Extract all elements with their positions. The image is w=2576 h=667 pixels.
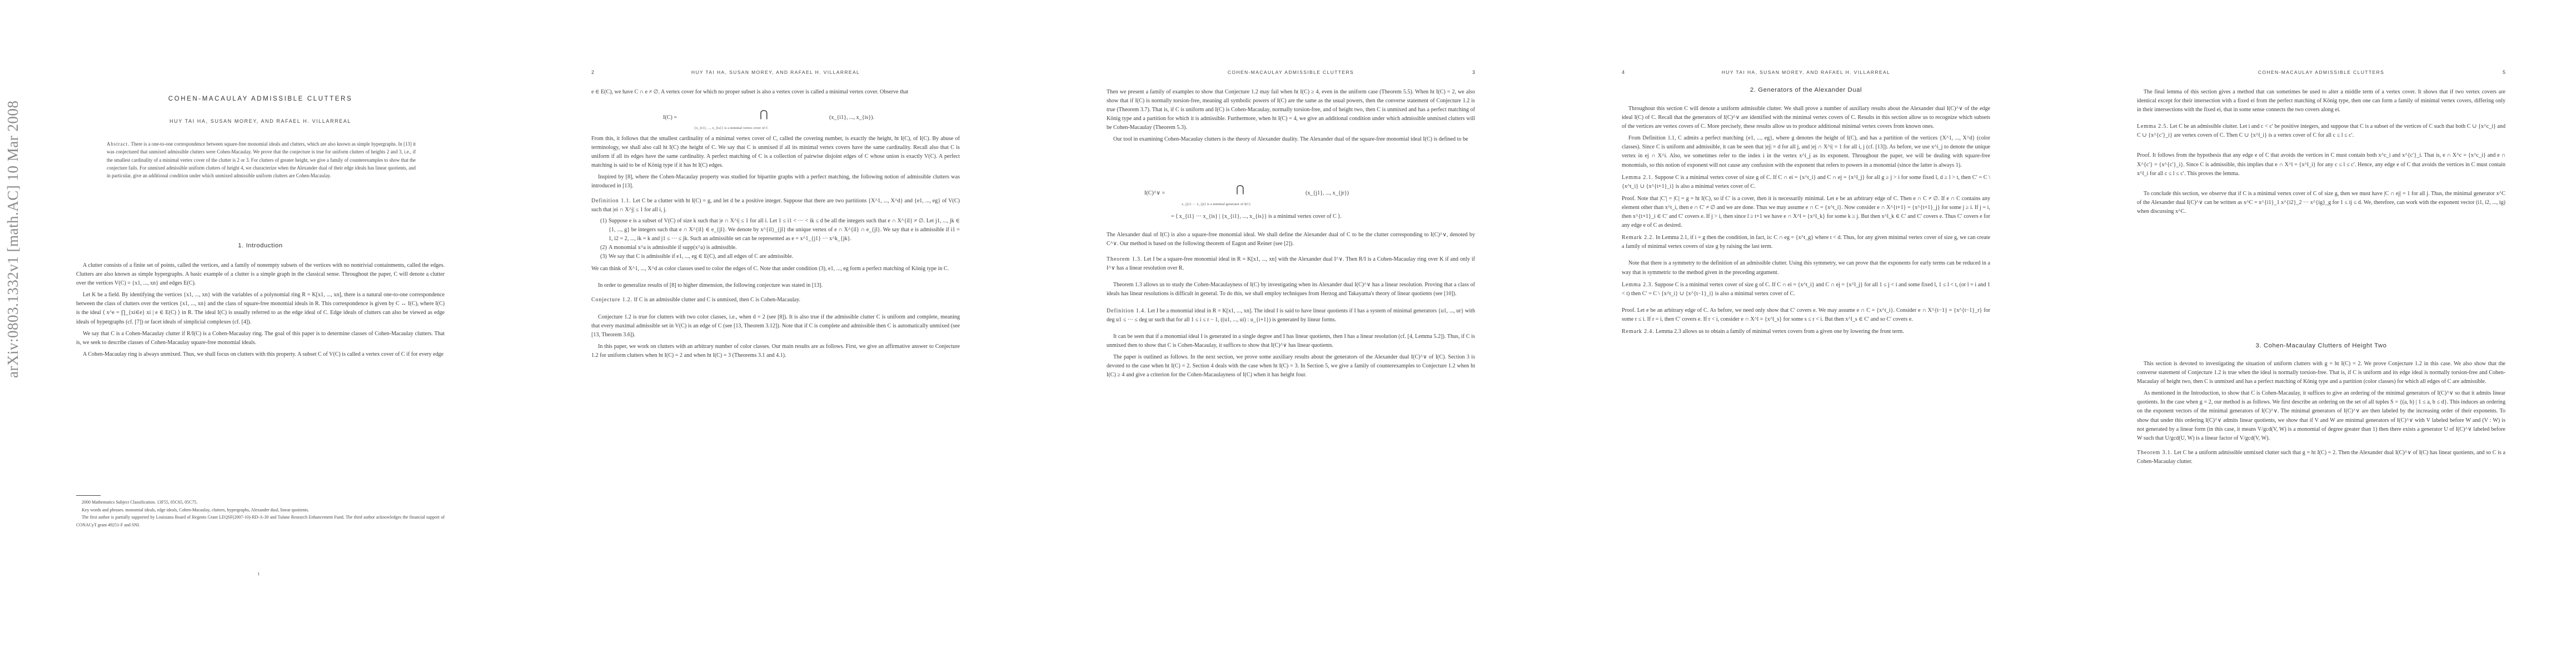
intersection-symbol: ⋂	[1236, 183, 1244, 195]
remark-2-2: Remark 2.2. In Lemma 2.1, if i = g then …	[1622, 233, 1990, 251]
page-4: 4 HUY TAI HA, SUSAN MOREY, AND RAFAEL H.…	[1546, 0, 2061, 667]
list-item: (2) A monomial x^a is admissible if supp…	[600, 243, 960, 252]
paragraph: Let K be a field. By identifying the ver…	[76, 291, 445, 326]
running-head: COHEN-MACAULAY ADMISSIBLE CLUTTERS 5	[2137, 69, 2505, 77]
page-4-body: Throughout this section C will denote a …	[1622, 104, 1990, 336]
lemma-2-1: Lemma 2.1. Suppose C is a minimal vertex…	[1622, 173, 1990, 191]
definition-1-4: Definition 1.4. Let I be a monomial idea…	[1107, 307, 1475, 325]
page-5-body-2: This section is devoted to investigating…	[2137, 360, 2505, 466]
paragraph: We say that C is a Cohen-Macaulay clutte…	[76, 330, 445, 347]
equation-under: x_{j1} ··· x_{jr} is a minimal generator…	[1182, 202, 1250, 206]
paragraph: A clutter consists of a finite set of po…	[76, 261, 445, 288]
definition-label: Definition 1.1.	[591, 198, 631, 204]
paragraph: The Alexander dual of I(C) is also a squ…	[1107, 231, 1475, 248]
paragraph: From this, it follows that the smallest …	[591, 135, 960, 170]
footnote-funding: The first author is partially supported …	[76, 514, 445, 529]
page-3-body: The Alexander dual of I(C) is also a squ…	[1107, 231, 1475, 380]
paragraph: Inspired by [8], where the Cohen-Macaula…	[591, 173, 960, 191]
page-2-intro: e ∈ E(C), we have C ∩ e ≠ ∅. A vertex co…	[591, 88, 960, 97]
paper-title: COHEN-MACAULAY ADMISSIBLE CLUTTERS	[76, 96, 445, 102]
equation-under: {x_{i1}, ..., x_{is}} is a minimal verte…	[694, 126, 768, 130]
page-2-body: From this, it follows that the smallest …	[591, 135, 960, 360]
definition-text: Let I be a monomial ideal in R = K[x1, .…	[1107, 308, 1475, 323]
page-3-intro: Then we present a family of examples to …	[1107, 88, 1475, 145]
arxiv-stamp-text: arXiv:0803.1332v1 [math.AC] 10 Mar 2008	[4, 101, 22, 378]
paragraph: Our tool in examining Cohen-Macaulay clu…	[1107, 135, 1475, 144]
lemma-text: Suppose C is a minimal vertex cover of s…	[1622, 175, 1990, 190]
paragraph: It can be seen that if a monomial ideal …	[1107, 332, 1475, 350]
page-number: 3	[1472, 69, 1475, 75]
equation-line-2: = ⟨ x_{i1} ··· x_{is} | {x_{i1}, ..., x_…	[1171, 213, 1342, 220]
list-text: A monomial x^a is admissible if supp(x^a…	[609, 245, 737, 251]
running-head: 2 HUY TAI HA, SUSAN MOREY, AND RAFAEL H.…	[591, 69, 960, 77]
lemma-2-5: Lemma 2.5. Let C be an admissible clutte…	[2137, 122, 2505, 140]
abstract: Abstract. There is a one-to-one correspo…	[107, 140, 416, 180]
paragraph: In this paper, we work on clutters with …	[591, 342, 960, 360]
footnote-rule	[76, 495, 101, 496]
list-marker: (3)	[600, 252, 607, 261]
abstract-text: There is a one-to-one correspondence bet…	[107, 141, 416, 178]
running-head: 4 HUY TAI HA, SUSAN MOREY, AND RAFAEL H.…	[1622, 69, 1990, 77]
paragraph: To conclude this section, we observe tha…	[2137, 190, 2505, 216]
paragraph: As mentioned in the Introduction, to sho…	[2137, 389, 2505, 443]
paragraph: This section is devoted to investigating…	[2137, 360, 2505, 386]
definition-text: Let C be a clutter with ht I(C) = g, and…	[591, 198, 960, 213]
paragraph: Throughout this section C will denote a …	[1622, 104, 1990, 131]
arxiv-stamp: arXiv:0803.1332v1 [math.AC] 10 Mar 2008	[3, 67, 20, 378]
paper-authors: HUY TAI HA, SUSAN MOREY, AND RAFAEL H. V…	[76, 118, 445, 124]
paragraph: Then we present a family of examples to …	[1107, 88, 1475, 132]
remark-text: Lemma 2.3 allows us to obtain a family o…	[1656, 328, 1904, 335]
paragraph: From Definition 1.1, C admits a perfect …	[1622, 134, 1990, 170]
page-3: COHEN-MACAULAY ADMISSIBLE CLUTTERS 3 The…	[1030, 0, 1546, 667]
page-number-bottom: 1	[257, 571, 260, 576]
paragraph: Note that there is a symmetry to the def…	[1622, 259, 1990, 277]
paragraph: In order to generalize results of [8] to…	[591, 281, 960, 290]
paragraph: A Cohen-Macaulay ring is always unmixed.…	[76, 350, 445, 359]
theorem-text: Let C be a uniform admissible unmixed cl…	[2137, 450, 2505, 465]
list-item: (1) Suppose e is a subset of V(C) of siz…	[600, 217, 960, 243]
lemma-text: Suppose C is a minimal vertex cover of s…	[1622, 282, 1990, 297]
paragraph: The paper is outlined as follows. In the…	[1107, 353, 1475, 380]
proof: Proof. Let e be an arbitrary edge of C. …	[1622, 306, 1990, 324]
footnotes: 2000 Mathematics Subject Classification.…	[76, 499, 445, 529]
page-5: COHEN-MACAULAY ADMISSIBLE CLUTTERS 5 The…	[2061, 0, 2576, 667]
paragraph: Theorem 1.3 allows us to study the Cohen…	[1107, 281, 1475, 298]
equation-rhs: (x_{j1}, ..., x_{jr})	[1306, 190, 1349, 196]
running-head-authors: HUY TAI HA, SUSAN MOREY, AND RAFAEL H. V…	[1622, 69, 1990, 75]
theorem-text: Let I be a square-free monomial ideal in…	[1107, 256, 1475, 271]
equation-lhs: I(C)^∨ =	[1144, 190, 1165, 196]
intersection-symbol: ⋂	[760, 108, 768, 120]
list-marker: (1)	[600, 217, 607, 226]
running-head-authors: HUY TAI HA, SUSAN MOREY, AND RAFAEL H. V…	[591, 69, 960, 75]
remark-text: In Lemma 2.1, if i = g then the conditio…	[1622, 235, 1990, 250]
paragraph: The final lemma of this section gives a …	[2137, 88, 2505, 115]
remark-label: Remark 2.4.	[1622, 328, 1654, 335]
lemma-2-3: Lemma 2.3. Suppose C is a minimal vertex…	[1622, 281, 1990, 298]
running-head-title: COHEN-MACAULAY ADMISSIBLE CLUTTERS	[2137, 69, 2505, 75]
list-text: We say that C is admissible if e1, ..., …	[609, 253, 793, 260]
paragraph: e ∈ E(C), we have C ∩ e ≠ ∅. A vertex co…	[591, 88, 960, 97]
lemma-text: Let C be an admissible clutter. Let i an…	[2137, 123, 2505, 138]
list-text: Suppose e is a subset of V(C) of size k …	[609, 218, 960, 242]
list-item: (3) We say that C is admissible if e1, .…	[600, 252, 960, 261]
page-5-body: The final lemma of this section gives a …	[2137, 88, 2505, 216]
footnote-keywords: Key words and phrases. monomial ideals, …	[76, 506, 445, 514]
proof: Proof. Note that |C′| = |C| = g = ht I(C…	[1622, 195, 1990, 230]
theorem-label: Theorem 3.1.	[2137, 450, 2173, 456]
section-heading-height-two: 3. Cohen-Macaulay Clutters of Height Two	[2137, 342, 2505, 349]
remark-2-4: Remark 2.4. Lemma 2.3 allows us to obtai…	[1622, 327, 1990, 336]
paragraph: Conjecture 1.2 is true for clutters with…	[591, 313, 960, 340]
list-marker: (2)	[600, 243, 607, 252]
definition-1-1: Definition 1.1. Let C be a clutter with …	[591, 197, 960, 215]
lemma-label: Lemma 2.1.	[1622, 175, 1653, 181]
lemma-label: Lemma 2.5.	[2137, 123, 2169, 130]
section-heading-generators: 2. Generators of the Alexander Dual	[1622, 87, 1990, 93]
conjecture-label: Conjecture 1.2.	[591, 297, 632, 303]
definition-label: Definition 1.4.	[1107, 308, 1146, 314]
equation-lhs: I(C) =	[663, 115, 677, 121]
page-number: 5	[2503, 69, 2505, 75]
theorem-label: Theorem 1.3.	[1107, 256, 1142, 262]
lemma-label: Lemma 2.3.	[1622, 282, 1653, 288]
paragraph: We can think of X^1, ..., X^d as color c…	[591, 265, 960, 273]
conjecture-text: If C is an admissible clutter and C is u…	[634, 297, 800, 303]
remark-label: Remark 2.2.	[1622, 235, 1654, 241]
conjecture-1-2: Conjecture 1.2. If C is an admissible cl…	[591, 296, 960, 305]
running-head: COHEN-MACAULAY ADMISSIBLE CLUTTERS 3	[1107, 69, 1475, 77]
equation-rhs: (x_{i1}, ..., x_{is}).	[829, 115, 874, 121]
theorem-3-1: Theorem 3.1. Let C be a uniform admissib…	[2137, 449, 2505, 466]
running-head-title: COHEN-MACAULAY ADMISSIBLE CLUTTERS	[1107, 69, 1475, 75]
footnote-msc: 2000 Mathematics Subject Classification.…	[76, 499, 445, 506]
page-1-body: A clutter consists of a finite set of po…	[76, 261, 445, 359]
proof: Proof. It follows from the hypothesis th…	[2137, 151, 2505, 178]
definition-list: (1) Suppose e is a subset of V(C) of siz…	[591, 217, 960, 261]
section-heading-introduction: 1. Introduction	[76, 242, 445, 249]
abstract-label: Abstract.	[107, 141, 129, 147]
page-1: arXiv:0803.1332v1 [math.AC] 10 Mar 2008 …	[0, 0, 515, 667]
page-2: 2 HUY TAI HA, SUSAN MOREY, AND RAFAEL H.…	[515, 0, 1030, 667]
theorem-1-3: Theorem 1.3. Let I be a square-free mono…	[1107, 255, 1475, 273]
